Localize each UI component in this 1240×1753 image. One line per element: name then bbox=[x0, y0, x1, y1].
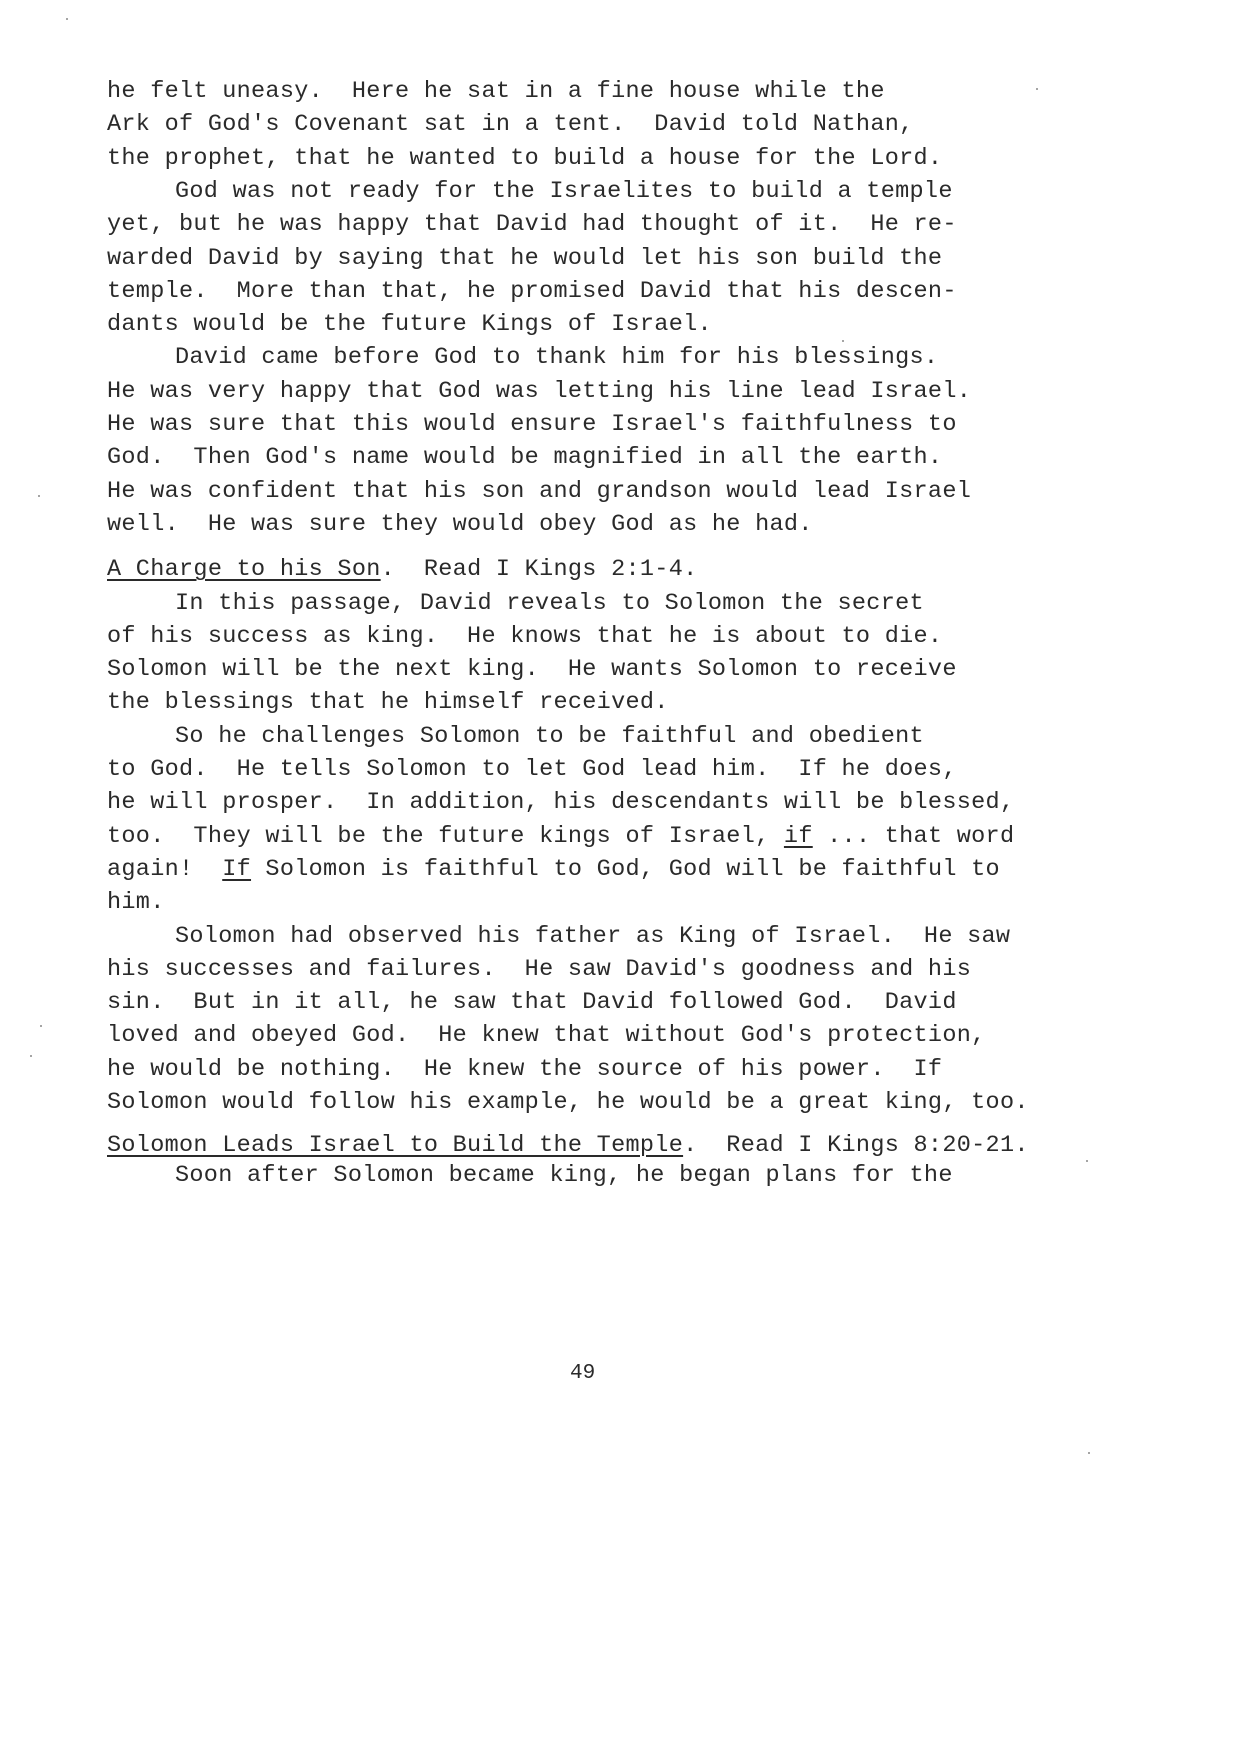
scan-speck bbox=[1088, 1452, 1090, 1454]
text-line: So he challenges Solomon to be faithful … bbox=[175, 723, 924, 751]
text-line: the blessings that he himself received. bbox=[107, 689, 669, 717]
scripture-reference: . Read I Kings 2:1-4. bbox=[381, 556, 698, 583]
scan-speck bbox=[40, 1025, 42, 1027]
text-line: yet, but he was happy that David had tho… bbox=[107, 211, 957, 239]
text-line: warded David by saying that he would let… bbox=[107, 245, 942, 273]
scripture-reference: . Read I Kings 8:20-21. bbox=[683, 1132, 1029, 1159]
text-line: Ark of God's Covenant sat in a tent. Dav… bbox=[107, 111, 914, 139]
text-line: he felt uneasy. Here he sat in a fine ho… bbox=[107, 78, 885, 106]
text-line: loved and obeyed God. He knew that witho… bbox=[107, 1022, 986, 1050]
text-line: again! If Solomon is faithful to God, Go… bbox=[107, 856, 1000, 884]
text-line: he will prosper. In addition, his descen… bbox=[107, 789, 1014, 817]
section-heading: A Charge to his Son. Read I Kings 2:1-4. bbox=[107, 556, 698, 584]
scan-speck bbox=[66, 18, 68, 20]
text-line: to God. He tells Solomon to let God lead… bbox=[107, 756, 957, 784]
text-segment: too. They will be the future kings of Is… bbox=[107, 823, 784, 850]
text-line: temple. More than that, he promised Davi… bbox=[107, 278, 957, 306]
page-number: 49 bbox=[570, 1362, 595, 1385]
text-line: He was very happy that God was letting h… bbox=[107, 378, 971, 406]
text-line: Solomon will be the next king. He wants … bbox=[107, 656, 957, 684]
text-segment: Solomon is faithful to God, God will be … bbox=[251, 856, 1000, 883]
text-segment: again! bbox=[107, 856, 222, 883]
text-line: David came before God to thank him for h… bbox=[175, 344, 938, 372]
emphasized-word: if bbox=[784, 823, 813, 850]
text-line: sin. But in it all, he saw that David fo… bbox=[107, 989, 957, 1017]
text-line: He was sure that this would ensure Israe… bbox=[107, 411, 957, 439]
text-line: Solomon would follow his example, he wou… bbox=[107, 1089, 1029, 1117]
text-line: God. Then God's name would be magnified … bbox=[107, 444, 942, 472]
document-page: he felt uneasy. Here he sat in a fine ho… bbox=[0, 0, 1240, 1753]
text-line: God was not ready for the Israelites to … bbox=[175, 178, 953, 206]
section-heading: Solomon Leads Israel to Build the Temple… bbox=[107, 1132, 1029, 1160]
scan-speck bbox=[1036, 88, 1038, 90]
text-segment: ... that word bbox=[813, 823, 1015, 850]
text-line: dants would be the future Kings of Israe… bbox=[107, 311, 712, 339]
text-line: he would be nothing. He knew the source … bbox=[107, 1056, 942, 1084]
text-line: the prophet, that he wanted to build a h… bbox=[107, 145, 942, 173]
emphasized-word: If bbox=[222, 856, 251, 883]
text-line: him. bbox=[107, 889, 165, 917]
scan-speck bbox=[30, 1055, 32, 1057]
scan-speck bbox=[1086, 1160, 1088, 1162]
text-line: his successes and failures. He saw David… bbox=[107, 956, 971, 984]
text-line: too. They will be the future kings of Is… bbox=[107, 823, 1014, 851]
text-line: well. He was sure they would obey God as… bbox=[107, 511, 813, 539]
text-line: He was confident that his son and grands… bbox=[107, 478, 971, 506]
scan-speck bbox=[38, 495, 40, 497]
text-line: In this passage, David reveals to Solomo… bbox=[175, 590, 924, 618]
text-line: of his success as king. He knows that he… bbox=[107, 623, 942, 651]
section-heading-title: Solomon Leads Israel to Build the Temple bbox=[107, 1132, 683, 1159]
text-line: Solomon had observed his father as King … bbox=[175, 923, 1010, 951]
scan-speck bbox=[842, 340, 844, 342]
text-line: Soon after Solomon became king, he began… bbox=[175, 1162, 953, 1190]
section-heading-title: A Charge to his Son bbox=[107, 556, 381, 583]
